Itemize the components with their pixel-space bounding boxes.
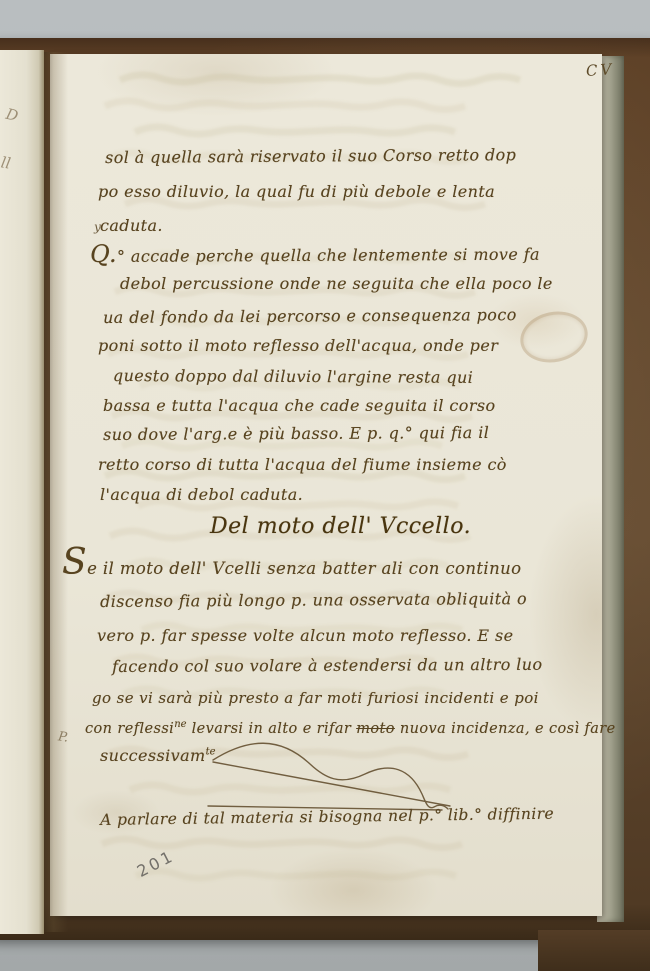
manuscript-line: po esso diluvio, la qual fu di più debol… — [98, 182, 495, 201]
manuscript-line: vero p. far spesse volte alcun moto refl… — [97, 626, 513, 645]
diagonal-line — [213, 762, 450, 806]
folio-number: CV — [585, 60, 614, 80]
manuscript-line: ua del fondo da lei percorso e consequen… — [103, 305, 517, 327]
manuscript-line: discenso fia più longo p. una osservata … — [100, 589, 527, 611]
margin-paragraph-mark: P. — [57, 729, 69, 745]
line-start: con reflessi — [85, 721, 174, 737]
manuscript-line: caduta. — [100, 216, 163, 235]
manuscript-line: bassa e tutta l'acqua che cade seguita i… — [103, 396, 496, 415]
manuscript-line: questo doppo dal diluvio l'argine resta … — [113, 366, 473, 387]
manuscript-line: go se vi sarà più presto a far moti furi… — [92, 689, 539, 707]
flight-path-sketch — [178, 722, 478, 832]
manuscript-line: Q.° accade perche quella che lentemente … — [90, 238, 540, 268]
manuscript-line: poni sotto il moto reflesso dell'acqua, … — [98, 336, 498, 355]
manuscript-line: retto corso di tutta l'acqua del fiume i… — [98, 455, 507, 474]
pencil-page-number: 201 — [134, 846, 178, 881]
facing-page-ink-fragment: ll — [0, 153, 12, 172]
facing-page-ink-fragment: D — [4, 105, 20, 125]
book-cover-corner — [538, 930, 650, 971]
facing-page-sliver: D ll — [0, 50, 44, 934]
manuscript-line: l'acqua di debol caduta. — [100, 485, 303, 504]
manuscript-page: CV sol à quella sarà riservato il suo Co… — [50, 54, 602, 916]
manuscript-line: sol à quella sarà riservato il suo Corso… — [105, 145, 516, 167]
manuscript-line: Se il moto dell' Vcelli senza batter ali… — [62, 554, 522, 578]
baseline — [208, 806, 442, 810]
section-heading: Del moto dell' Vccello. — [210, 514, 471, 539]
manuscript-line: suo dove l'arg.e è più basso. E p. q.° q… — [103, 423, 489, 444]
photo-background: D ll — [0, 0, 650, 971]
manuscript-line: facendo col suo volare à estendersi da u… — [112, 655, 543, 676]
manuscript-line: debol percussione onde ne seguita che el… — [120, 274, 553, 293]
